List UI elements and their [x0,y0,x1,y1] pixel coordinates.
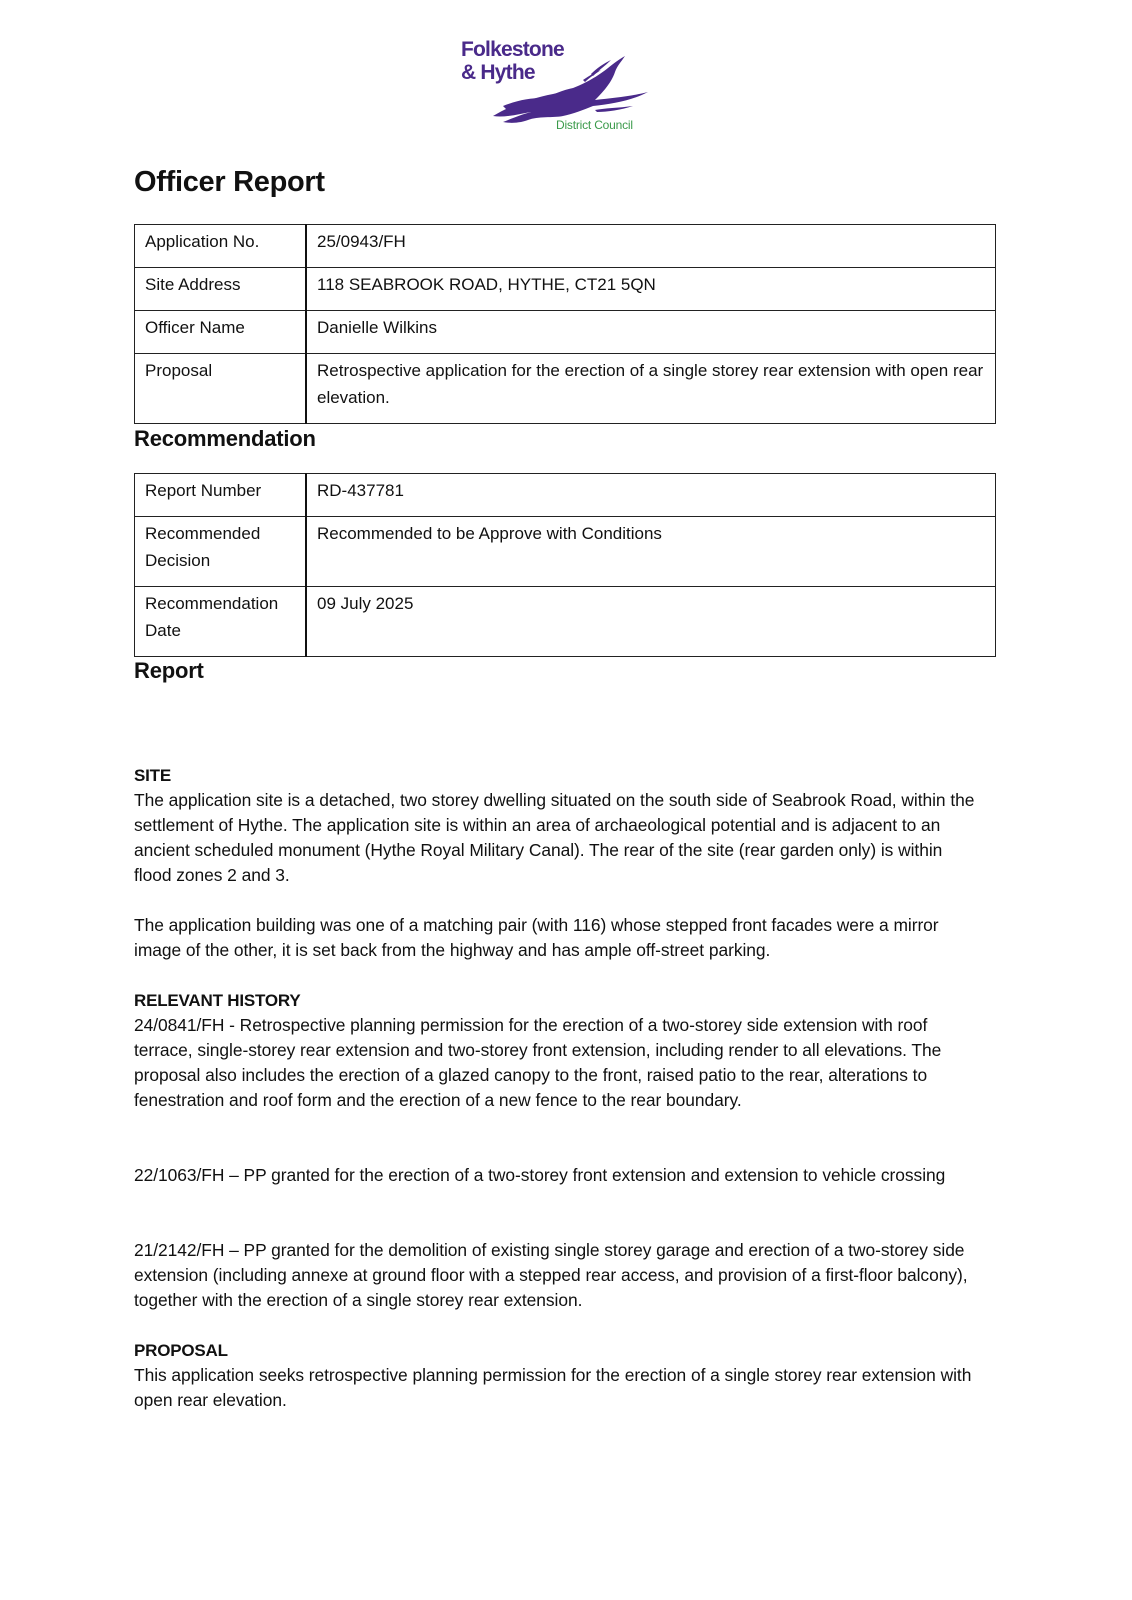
table-row: Officer Name Danielle Wilkins [135,311,996,354]
row-label: Recommended Decision [135,517,307,587]
row-value: 25/0943/FH [306,225,996,268]
page-title: Officer Report [134,166,325,199]
table-row: Application No. 25/0943/FH [135,225,996,268]
row-value: Retrospective application for the erecti… [306,354,996,424]
application-details-table: Application No. 25/0943/FH Site Address … [134,224,996,424]
table-row: Recommendation Date 09 July 2025 [135,587,996,657]
recommendation-table: Report Number RD-437781 Recommended Deci… [134,473,996,657]
recommendation-heading: Recommendation [134,426,316,452]
site-paragraph-2: The application building was one of a ma… [134,913,984,963]
proposal-paragraph: This application seeks retrospective pla… [134,1363,984,1413]
row-value: Danielle Wilkins [306,311,996,354]
horse-icon [483,54,653,124]
row-value: 118 SEABROOK ROAD, HYTHE, CT21 5QN [306,268,996,311]
row-label: Application No. [135,225,307,268]
row-label: Report Number [135,474,307,517]
proposal-heading: PROPOSAL [134,1338,228,1363]
history-item-2: 22/1063/FH – PP granted for the erection… [134,1163,984,1188]
row-value: Recommended to be Approve with Condition… [306,517,996,587]
row-label: Proposal [135,354,307,424]
table-row: Site Address 118 SEABROOK ROAD, HYTHE, C… [135,268,996,311]
site-paragraph-1: The application site is a detached, two … [134,788,984,888]
history-item-3: 21/2142/FH – PP granted for the demoliti… [134,1238,984,1313]
row-value: RD-437781 [306,474,996,517]
council-logo: Folkestone & Hythe District Council [458,36,658,138]
row-label: Officer Name [135,311,307,354]
history-heading: RELEVANT HISTORY [134,988,301,1013]
row-value: 09 July 2025 [306,587,996,657]
report-heading: Report [134,658,204,684]
logo-subtitle: District Council [556,118,633,132]
site-heading: SITE [134,763,171,788]
row-label: Recommendation Date [135,587,307,657]
history-item-1: 24/0841/FH - Retrospective planning perm… [134,1013,984,1113]
row-label: Site Address [135,268,307,311]
table-row: Report Number RD-437781 [135,474,996,517]
table-row: Proposal Retrospective application for t… [135,354,996,424]
table-row: Recommended Decision Recommended to be A… [135,517,996,587]
